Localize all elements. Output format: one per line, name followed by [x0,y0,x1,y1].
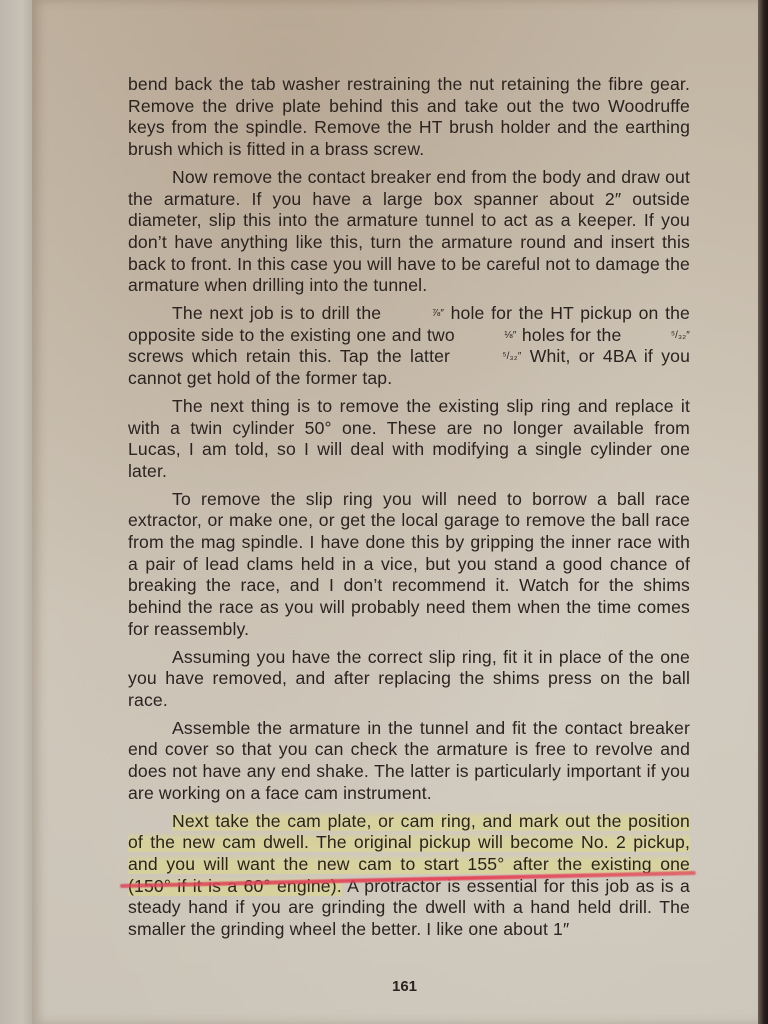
paragraph-contact-breaker: Now remove the contact breaker end from … [128,167,690,297]
left-page-edge [0,0,33,1024]
text-segment: screws which retain this. Tap the latter [128,346,458,366]
page-number: 161 [392,978,417,995]
photo-scene: bend back the tab washer restraining the… [0,0,768,1024]
fraction-five-thirtyseconds: ⁵/₃₂″ [627,331,690,341]
fraction-one-eighth: ⅛″ [460,331,516,341]
text-segment: The next job is to drill the [172,303,388,323]
paragraph-slip-ring: The next thing is to remove the existing… [128,396,690,483]
paragraph-tab-washer: bend back the tab washer restraining the… [128,74,690,161]
paragraph-correct-slip-ring: Assuming you have the correct slip ring,… [128,647,690,712]
paragraph-drill-hole: The next job is to drill the ⅞″ hole for… [128,303,690,390]
fraction-seven-eighths: ⅞″ [388,309,444,319]
paragraph-ball-race: To remove the slip ring you will need to… [128,489,690,641]
right-page-edge [758,0,768,1024]
page-body-text: bend back the tab washer restraining the… [128,74,690,947]
paragraph-assemble-armature: Assemble the armature in the tunnel and … [128,718,690,805]
fraction-five-thirtyseconds: ⁵/₃₂″ [458,352,521,362]
text-segment: holes for the [516,325,626,345]
